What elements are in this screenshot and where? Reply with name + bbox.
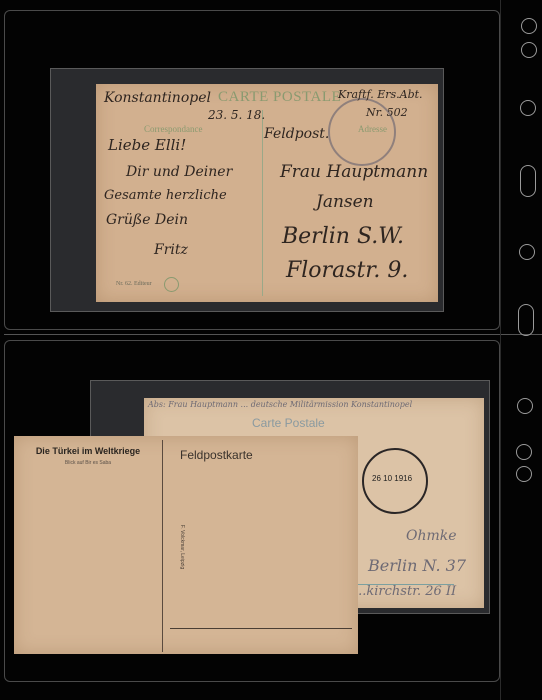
- card-header: Feldpostkarte: [180, 448, 253, 462]
- binder-hole: [516, 466, 532, 482]
- handwriting-sender: Kraftf. Ers.Abt.: [338, 88, 423, 101]
- publisher-logo-icon: [164, 277, 179, 292]
- postcard-konstantinopel: CARTE POSTALE Correspondance Adresse Nr.…: [96, 84, 438, 302]
- handwriting-line: Grüße Dein: [106, 212, 188, 228]
- binder-hole: [519, 244, 535, 260]
- publisher-text: F. Volckmar, Leipzig: [179, 507, 185, 587]
- handwriting-sender: Abs: Frau Hauptmann ... deutsche Militär…: [148, 400, 412, 409]
- card-header: CARTE POSTALE: [218, 89, 341, 106]
- handwriting-line: Gesamte herzliche: [104, 188, 227, 203]
- binder-hole: [517, 398, 533, 414]
- address-line: [170, 628, 352, 629]
- binder-hole: [520, 100, 536, 116]
- handwriting-address: Berlin N. 37: [368, 556, 466, 575]
- card-title: Die Türkei im Weltkriege: [14, 446, 162, 456]
- handwriting-address: Feldpost.: [264, 126, 329, 142]
- binder-hole: [521, 18, 537, 34]
- postcard-feldpostkarte: Die Türkei im Weltkriege Blick auf Bir e…: [14, 436, 358, 654]
- handwriting-signature: Fritz: [154, 242, 188, 258]
- handwriting-address: Ohmke: [406, 528, 457, 544]
- handwriting-line: Liebe Elli!: [108, 136, 186, 154]
- card-subtitle: Blick auf Bir es Saba: [14, 460, 162, 466]
- postmark-stamp-icon: 26 10 1916: [362, 448, 428, 514]
- binder-hole: [521, 42, 537, 58]
- handwriting-line: Konstantinopel: [104, 90, 211, 106]
- handwriting-address: ...kirchstr. 26 II: [354, 584, 456, 599]
- card-divider-line: [162, 440, 163, 652]
- binder-slot: [518, 304, 534, 336]
- postmark-date: 26 10 1916: [372, 474, 412, 483]
- correspondence-label: Correspondance: [144, 124, 202, 134]
- card-header: Carte Postale: [252, 416, 325, 430]
- card-divider-line: [262, 110, 263, 296]
- handwriting-date: 23. 5. 18.: [208, 108, 265, 122]
- handwriting-address: Frau Hauptmann: [280, 162, 428, 182]
- album-page: CARTE POSTALE Correspondance Adresse Nr.…: [0, 0, 542, 700]
- handwriting-line: Dir und Deiner: [126, 164, 232, 180]
- binder-hole: [516, 444, 532, 460]
- publisher-text: Nr. 62. Editeur: [116, 281, 152, 287]
- sleeve-divider: [4, 334, 542, 335]
- handwriting-address: Jansen: [316, 192, 374, 212]
- handwriting-address: Berlin S.W.: [282, 224, 404, 249]
- handwriting-address: Florastr. 9.: [286, 258, 408, 283]
- binder-slot: [520, 165, 536, 197]
- binder-strip: [500, 0, 542, 700]
- handwriting-sender: Nr. 502: [366, 106, 408, 119]
